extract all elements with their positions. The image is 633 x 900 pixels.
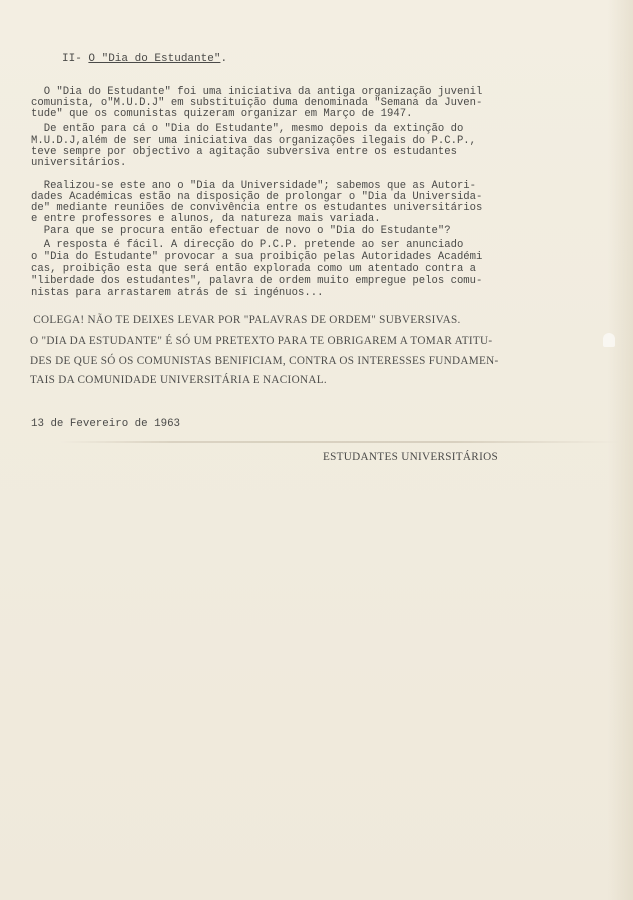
heading-title: O "Dia do Estudante" — [88, 53, 220, 65]
appeal-line-3: DES DE QUE SÓ OS COMUNISTAS BENIFICIAM, … — [30, 355, 499, 367]
heading-suffix: . — [220, 53, 227, 65]
paragraph-5-line-1: A resposta é fácil. A direcção do P.C.P.… — [31, 240, 463, 251]
punch-hole-mark — [603, 333, 615, 347]
appeal-line-2: O "DIA DA ESTUDANTE" É SÓ UM PRETEXTO PA… — [30, 335, 492, 347]
paragraph-2-line-4: universitários. — [31, 158, 126, 169]
appeal-line-1: COLEGA! NÃO TE DEIXES LEVAR POR "PALAVRA… — [27, 314, 461, 326]
paragraph-2-line-1: De então para cá o "Dia do Estudante", m… — [31, 124, 463, 135]
appeal-line-4: TAIS DA COMUNIDADE UNIVERSITÁRIA E NACIO… — [30, 374, 327, 386]
signature: ESTUDANTES UNIVERSITÁRIOS — [323, 451, 498, 463]
section-heading: II- O "Dia do Estudante". — [62, 53, 227, 65]
paragraph-1-line-3: tude" que os comunistas quizeram organiz… — [31, 109, 412, 120]
paragraph-5-line-4: "liberdade dos estudantes", palavra de o… — [31, 276, 482, 287]
paper-fold-crease — [60, 441, 620, 443]
paragraph-4-line-1: Para que se procura então efectuar de no… — [31, 226, 451, 237]
paragraph-5-line-5: nistas para arrastarem atrás de si ingén… — [31, 288, 323, 299]
heading-prefix: II- — [62, 53, 88, 65]
paragraph-5-line-3: cas, proibição esta que será então explo… — [31, 264, 476, 275]
paragraph-3-line-4: e entre professores e alunos, da naturez… — [31, 214, 381, 225]
document-date: 13 de Fevereiro de 1963 — [31, 418, 180, 430]
paragraph-5-line-2: o "Dia do Estudante" provocar a sua proi… — [31, 252, 482, 263]
